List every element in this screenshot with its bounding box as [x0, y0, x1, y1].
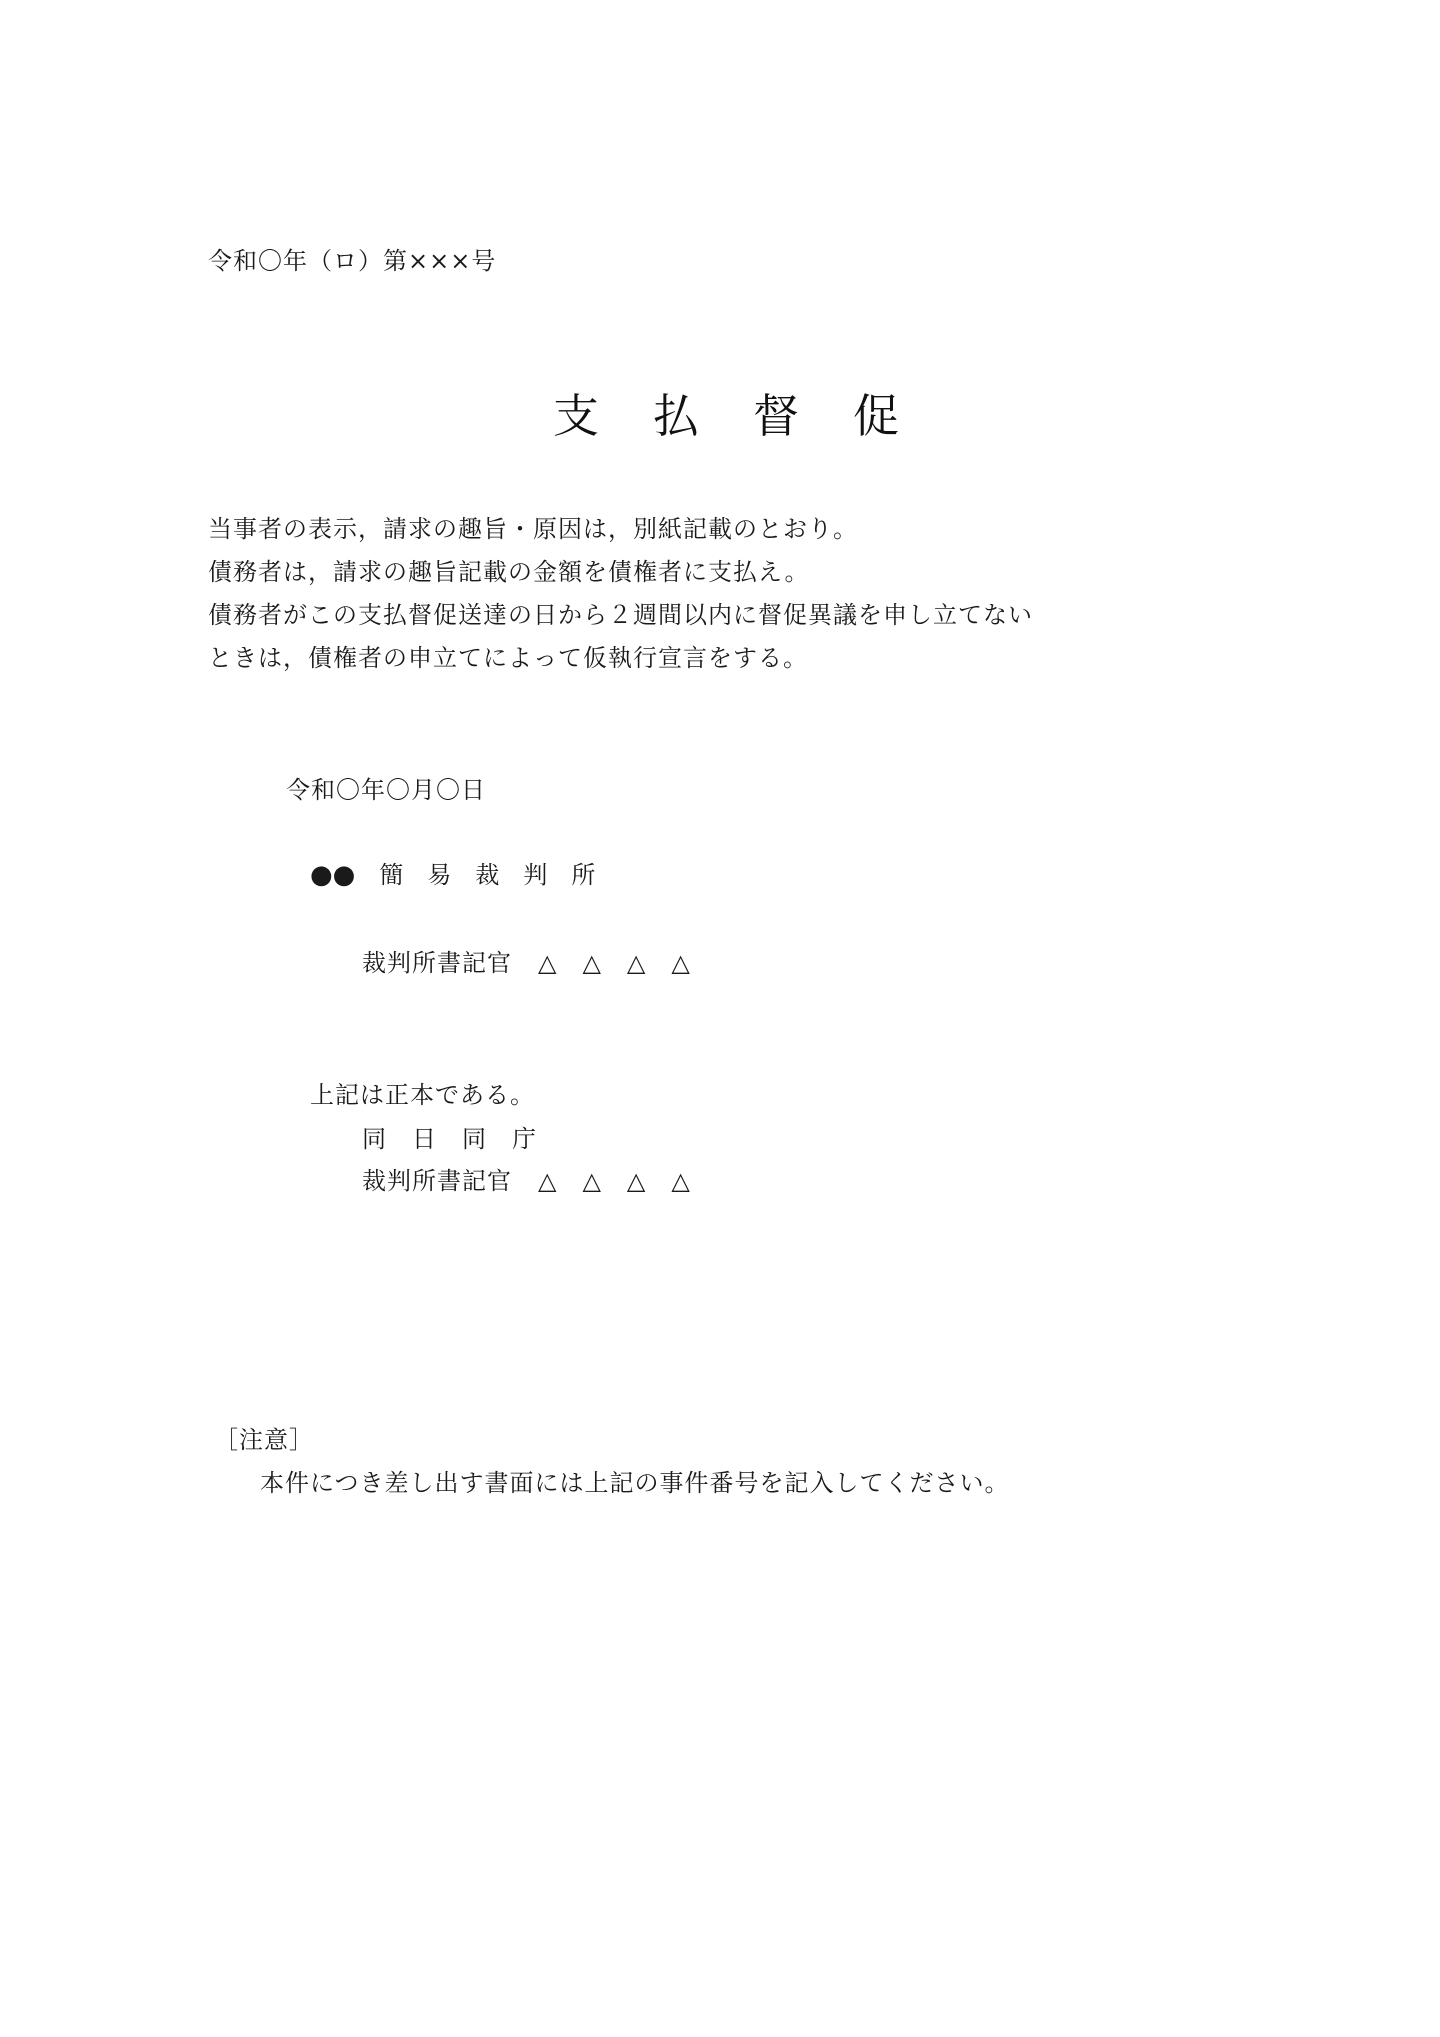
clerk-signature: 裁判所書記官△△△△ — [362, 948, 716, 978]
certification-clerk-title: 裁判所書記官 — [362, 1167, 512, 1195]
document-title: 支払督促 — [553, 388, 953, 444]
notice-heading: ［注意］ — [214, 1425, 314, 1455]
same-day-office: 同日同庁 — [362, 1124, 562, 1154]
issue-date: 令和〇年〇月〇日 — [286, 775, 486, 805]
body-line-4: ときは，債権者の申立てによって仮執行宣言をする。 — [208, 643, 808, 673]
clerk-title: 裁判所書記官 — [362, 949, 512, 977]
court-prefix: ●● — [310, 860, 355, 890]
clerk-name: △△△△ — [538, 949, 716, 977]
body-line-2: 債務者は，請求の趣旨記載の金額を債権者に支払え。 — [208, 557, 809, 587]
certification-clerk-name: △△△△ — [538, 1167, 716, 1195]
court-label: 簡易裁判所 — [379, 861, 619, 889]
certification-clerk-signature: 裁判所書記官△△△△ — [362, 1166, 716, 1196]
certification-statement: 上記は正本である。 — [310, 1080, 535, 1110]
court-name: ●●簡易裁判所 — [310, 860, 619, 890]
body-line-1: 当事者の表示，請求の趣旨・原因は，別紙記載のとおり。 — [208, 514, 858, 544]
case-number: 令和〇年（ロ）第×××号 — [208, 246, 496, 276]
document-page: 令和〇年（ロ）第×××号 支払督促 当事者の表示，請求の趣旨・原因は，別紙記載の… — [0, 0, 1440, 2037]
notice-text: 本件につき差し出す書面には上記の事件番号を記入してください。 — [260, 1468, 1010, 1498]
body-line-3: 債務者がこの支払督促送達の日から２週間以内に督促異議を申し立てない — [208, 600, 1033, 630]
